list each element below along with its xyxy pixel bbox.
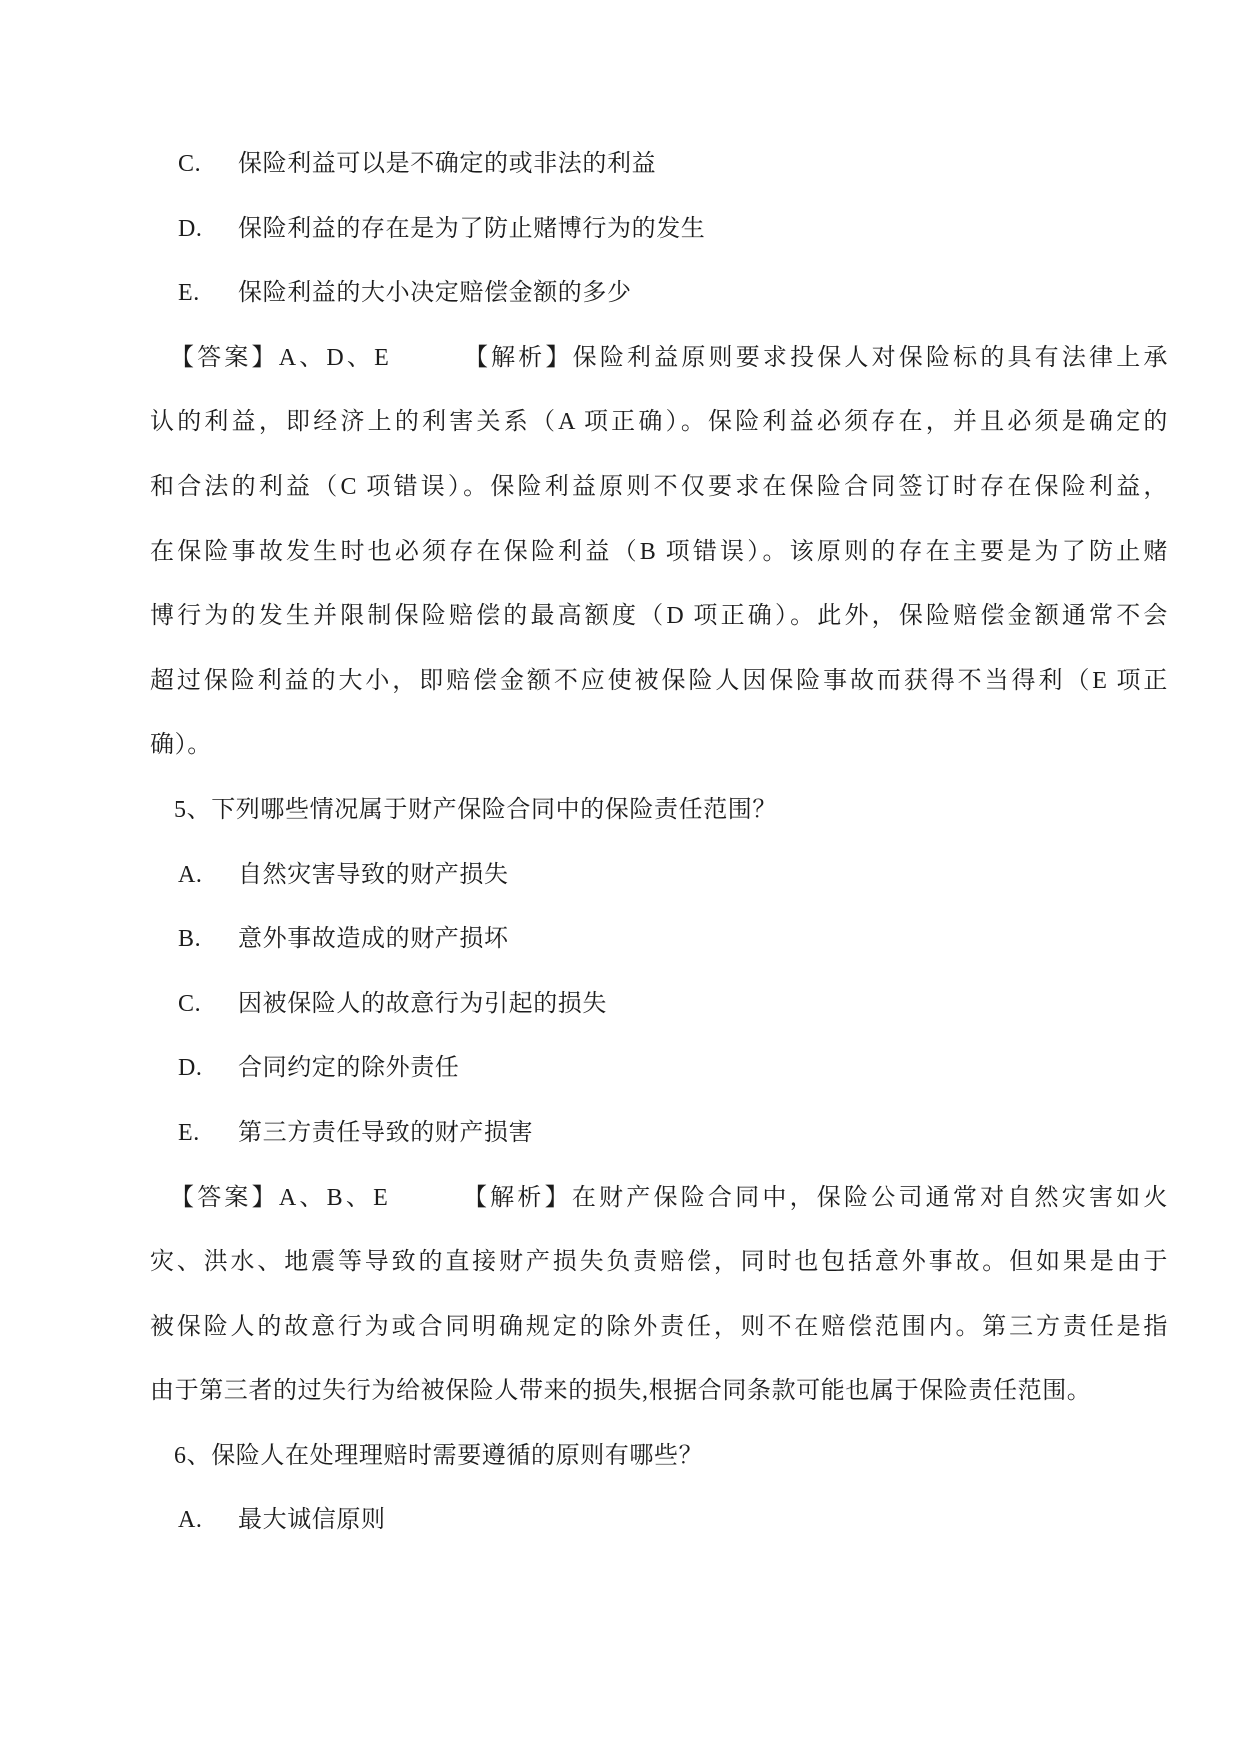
document-text-block: C.保险利益可以是不确定的或非法的利益 D.保险利益的存在是为了防止赌博行为的发… [150,132,1168,1553]
option-line-b: B.意外事故造成的财产损坏 [150,907,1168,972]
paragraph-line: 超过保险利益的大小，即赔偿金额不应使被保险人因保险事故而获得不当得利（E 项正 [150,649,1168,714]
option-text: 最大诚信原则 [238,1507,386,1533]
analysis-text: 保险利益原则要求投保人对保险标的具有法律上承 [573,345,1168,371]
option-text: 自然灾害导致的财产损失 [238,862,509,888]
option-line-c: C.因被保险人的故意行为引起的损失 [150,972,1168,1037]
option-label: A. [178,1488,238,1553]
analysis-text: 在财产保险合同中，保险公司通常对自然灾害如火 [572,1185,1168,1211]
paragraph-line: 认的利益，即经济上的利害关系（A 项正确）。保险利益必须存在，并且必须是确定的 [150,390,1168,455]
paragraph-line: 被保险人的故意行为或合同明确规定的除外责任，则不在赔偿范围内。第三方责任是指 [150,1295,1168,1360]
option-line-d: D.保险利益的存在是为了防止赌博行为的发生 [150,197,1168,262]
answer-value: A、B、E [279,1185,388,1211]
option-text: 保险利益的存在是为了防止赌博行为的发生 [238,216,705,242]
option-text: 保险利益可以是不确定的或非法的利益 [238,151,656,177]
option-label: E. [178,1101,238,1166]
option-line-d: D.合同约定的除外责任 [150,1036,1168,1101]
option-line-e: E.第三方责任导致的财产损害 [150,1101,1168,1166]
option-label: B. [178,907,238,972]
answer-label: 【答案】 [170,345,279,371]
option-text: 保险利益的大小决定赔偿金额的多少 [238,280,632,306]
option-label: C. [178,132,238,197]
answer-value: A、D、E [279,345,390,371]
option-line-a: A.最大诚信原则 [150,1488,1168,1553]
question-5-title: 5、下列哪些情况属于财产保险合同中的保险责任范围？ [150,778,1168,843]
paragraph-line: 在保险事故发生时也必须存在保险利益（B 项错误）。该原则的存在主要是为了防止赌 [150,520,1168,585]
option-line-e: E.保险利益的大小决定赔偿金额的多少 [150,261,1168,326]
option-text: 因被保险人的故意行为引起的损失 [238,991,607,1017]
document-page: C.保险利益可以是不确定的或非法的利益 D.保险利益的存在是为了防止赌博行为的发… [0,0,1241,1754]
option-label: D. [178,1036,238,1101]
answer-analysis-line: 【答案】A、D、E【解析】保险利益原则要求投保人对保险标的具有法律上承 [150,326,1168,391]
option-label: E. [178,261,238,326]
paragraph-end-line: 确）。 [150,713,1168,778]
option-label: A. [178,843,238,908]
paragraph-line: 和合法的利益（C 项错误）。保险利益原则不仅要求在保险合同签订时存在保险利益， [150,455,1168,520]
paragraph-line: 博行为的发生并限制保险赔偿的最高额度（D 项正确）。此外，保险赔偿金额通常不会 [150,584,1168,649]
option-label: C. [178,972,238,1037]
option-line-c: C.保险利益可以是不确定的或非法的利益 [150,132,1168,197]
analysis-label: 【解析】 [460,1185,572,1211]
answer-analysis-line: 【答案】A、B、E【解析】在财产保险合同中，保险公司通常对自然灾害如火 [150,1166,1168,1231]
option-text: 合同约定的除外责任 [238,1055,459,1081]
option-line-a: A.自然灾害导致的财产损失 [150,843,1168,908]
analysis-label: 【解析】 [461,345,572,371]
paragraph-end-line: 由于第三者的过失行为给被保险人带来的损失,根据合同条款可能也属于保险责任范围。 [150,1359,1168,1424]
question-6-title: 6、保险人在处理理赔时需要遵循的原则有哪些？ [150,1424,1168,1489]
option-text: 意外事故造成的财产损坏 [238,926,509,952]
option-label: D. [178,197,238,262]
answer-label: 【答案】 [170,1185,279,1211]
paragraph-line: 灾、洪水、地震等导致的直接财产损失负责赔偿，同时也包括意外事故。但如果是由于 [150,1230,1168,1295]
option-text: 第三方责任导致的财产损害 [238,1120,533,1146]
